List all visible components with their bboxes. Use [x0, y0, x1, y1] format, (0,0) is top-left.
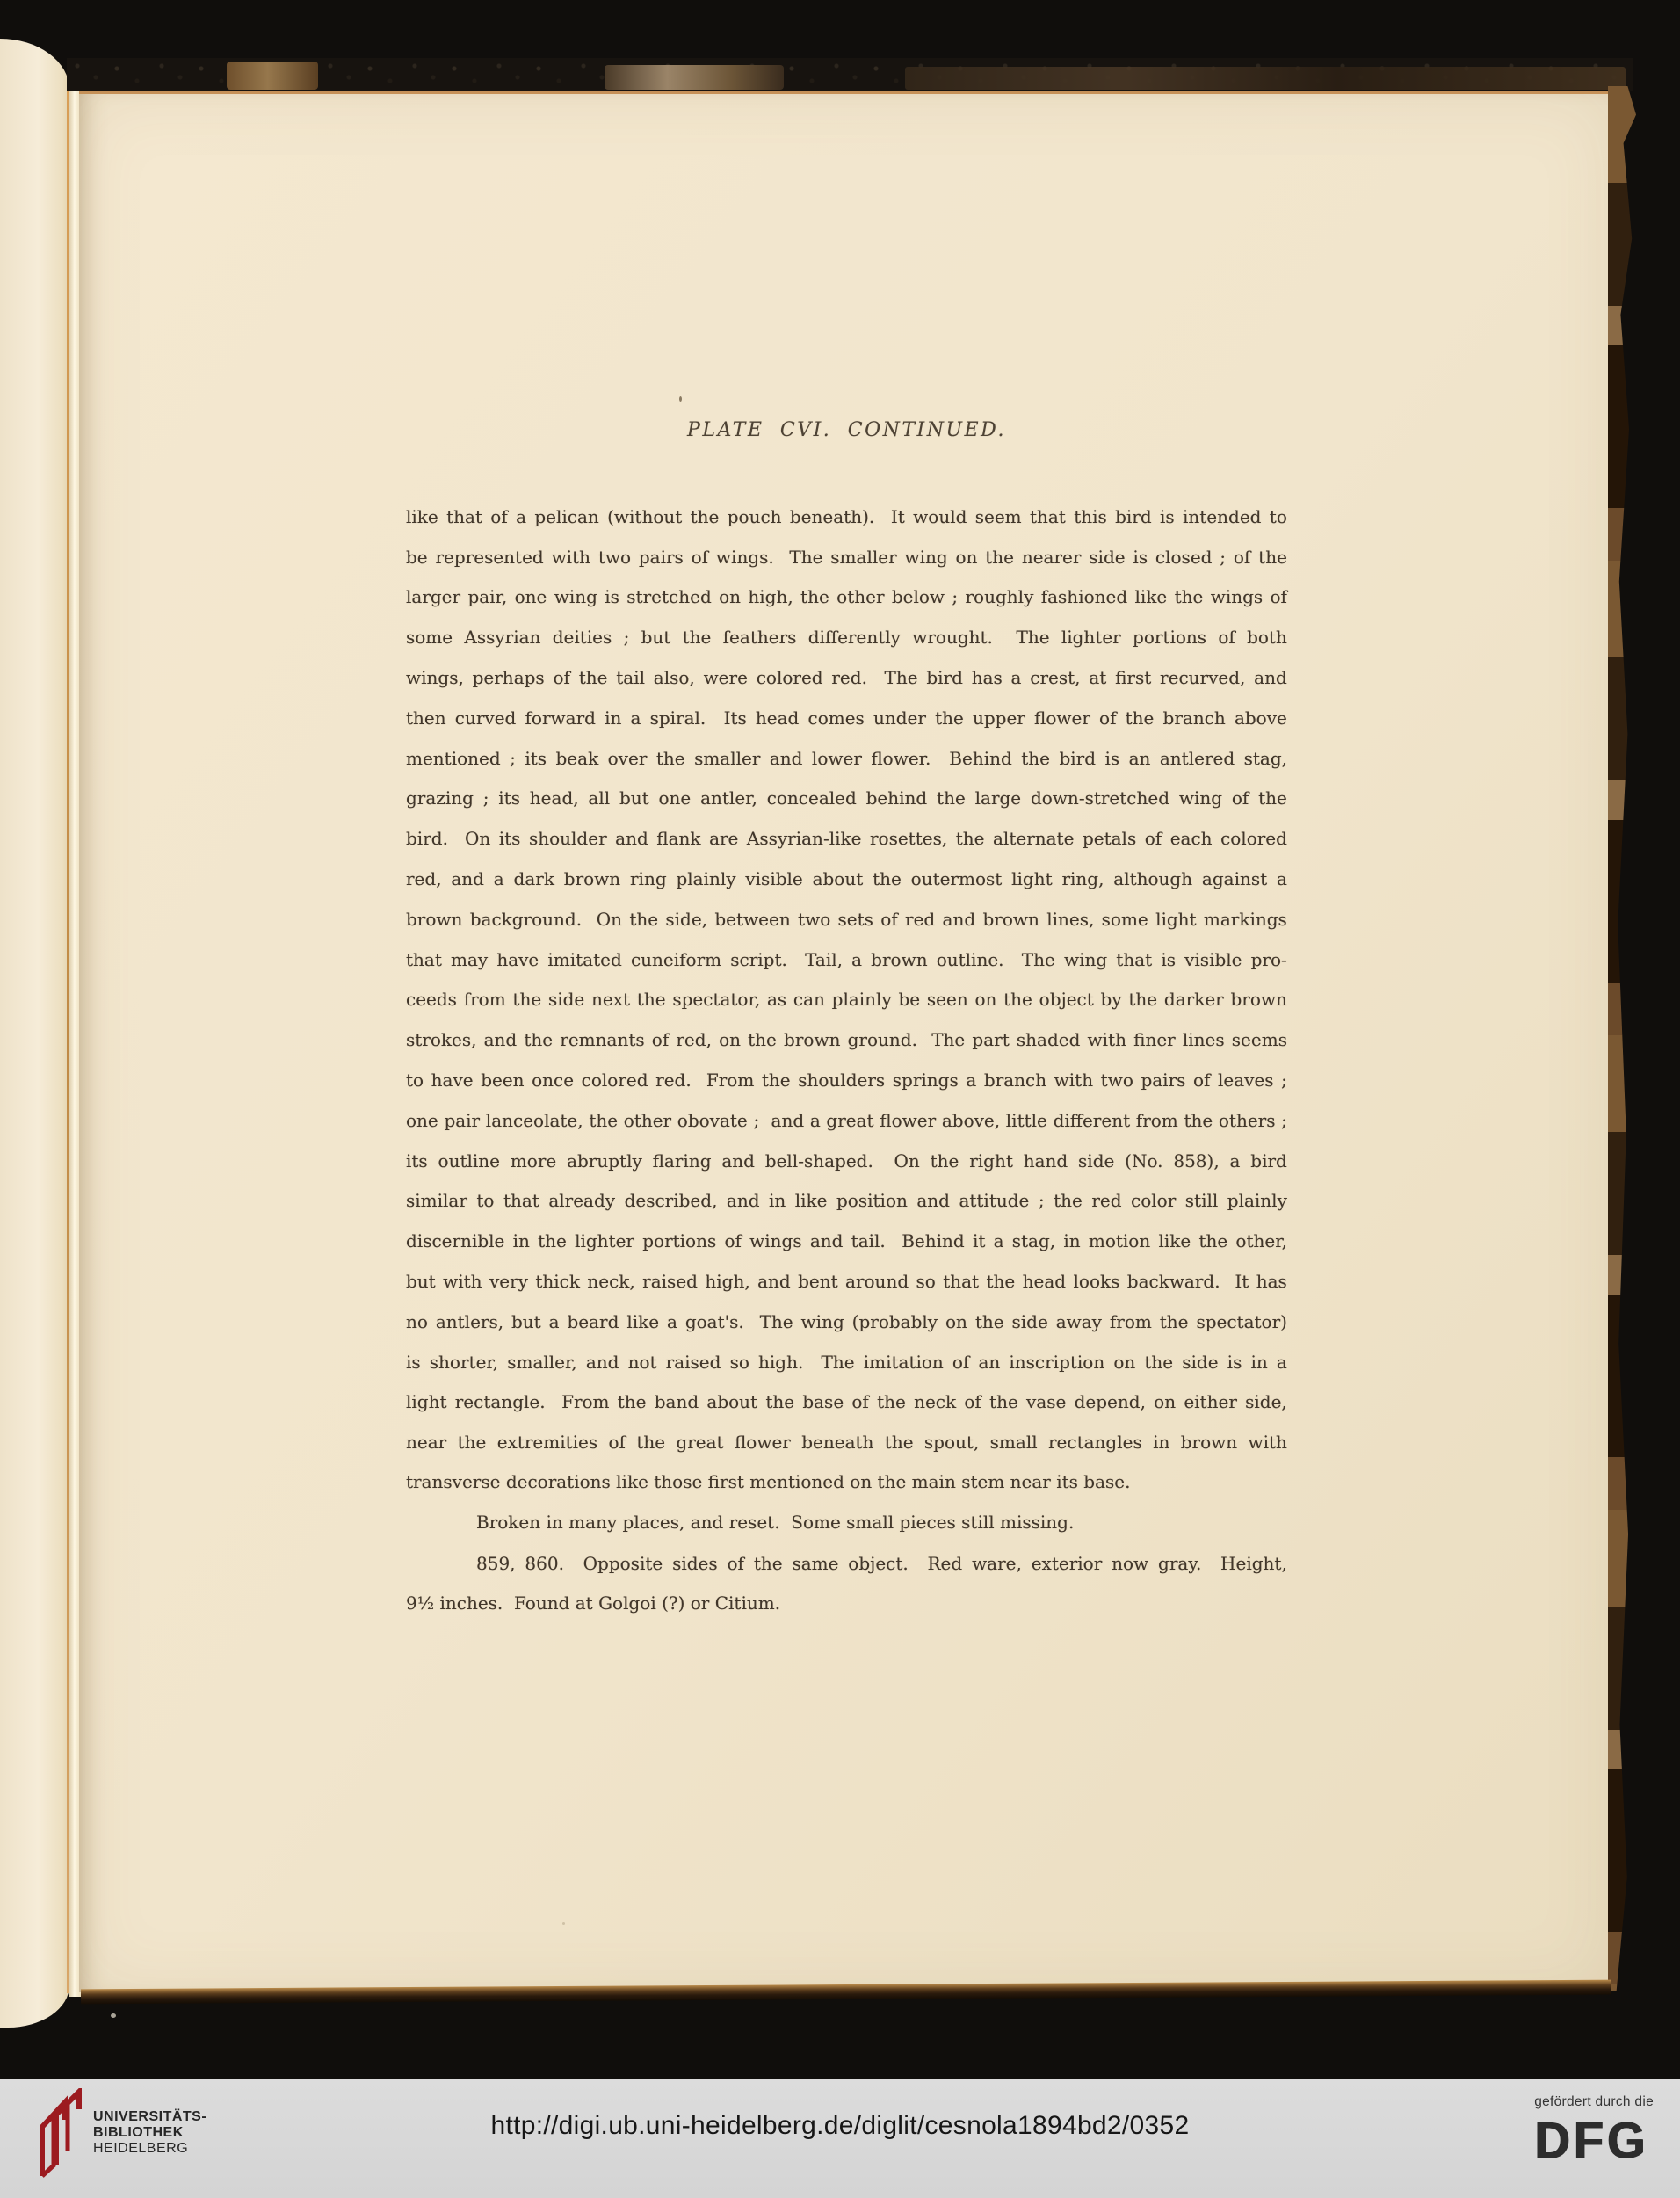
- text-line: discernibleinthelighterportionsofwingsan…: [406, 1221, 1287, 1261]
- torn-page-edge-right: [1608, 86, 1636, 1991]
- text-line: thencurvedforwardinaspiral.Itsheadcomesu…: [406, 698, 1287, 738]
- text-line: someAssyriandeities;butthefeathersdiffer…: [406, 617, 1287, 657]
- text-line: likethatofapelican(withoutthepouchbeneat…: [406, 497, 1287, 537]
- text-block: likethatofapelican(withoutthepouchbeneat…: [406, 497, 1287, 1623]
- dfg-funding-block: gefördert durch die DFG: [1534, 2094, 1654, 2164]
- library-name-line2: BIBLIOTHEK: [93, 2125, 206, 2141]
- ub-heidelberg-logo-icon: [30, 2088, 91, 2183]
- text-line: brownbackground.Ontheside,betweentwosets…: [406, 899, 1287, 939]
- page-surface: PLATE CVI. CONTINUED. likethatofapelican…: [79, 91, 1610, 1992]
- text-line: thatmayhaveimitatedcuneiformscript.Tail,…: [406, 939, 1287, 980]
- text-line: bird.OnitsshoulderandflankareAssyrian-li…: [406, 818, 1287, 859]
- text-line: grazing;itshead,allbutoneantler,conceale…: [406, 779, 1287, 819]
- text-line: noantlers,butabeardlikeagoat's.Thewing(p…: [406, 1302, 1287, 1342]
- library-name: UNIVERSITÄTS- BIBLIOTHEK HEIDELBERG: [93, 2109, 206, 2157]
- text-line: red,andadarkbrownringplainlyvisibleabout…: [406, 859, 1287, 899]
- text-line: itsoutlinemoreabruptlyflaringandbell-sha…: [406, 1141, 1287, 1181]
- text-line: transverse decorations like those first …: [406, 1462, 1287, 1503]
- digitization-footer: UNIVERSITÄTS- BIBLIOTHEK HEIDELBERG http…: [0, 2079, 1680, 2198]
- library-name-line1: UNIVERSITÄTS-: [93, 2109, 206, 2125]
- text-line: Broken in many places, and reset. Some s…: [406, 1503, 1287, 1543]
- gutter-crease: [67, 88, 69, 1993]
- binding-wear-patch: [605, 65, 784, 90]
- text-line: butwithverythickneck,raisedhigh,andbenta…: [406, 1261, 1287, 1302]
- text-line: onepairlanceolate,theotherobovate;andagr…: [406, 1100, 1287, 1141]
- text-line: largerpair,onewingisstretchedonhigh,theo…: [406, 577, 1287, 618]
- text-line: strokes,andtheremnantsofred,onthebrowngr…: [406, 1019, 1287, 1060]
- dust-speck: [111, 2013, 116, 2018]
- text-line: berepresentedwithtwopairsofwings.Thesmal…: [406, 537, 1287, 577]
- text-line: wings,perhapsofthetailalso,werecoloredre…: [406, 657, 1287, 698]
- text-line: 9½ inches. Found at Golgoi (?) or Citium…: [406, 1584, 1287, 1624]
- text-line: lightrectangle.Fromthebandaboutthebaseof…: [406, 1382, 1287, 1423]
- dust-speck: [679, 396, 682, 402]
- text-line: neartheextremitiesofthegreatflowerbeneat…: [406, 1422, 1287, 1462]
- library-name-line3: HEIDELBERG: [93, 2141, 206, 2157]
- scanned-book-page: PLATE CVI. CONTINUED. likethatofapelican…: [0, 0, 1680, 2198]
- plate-caption: PLATE CVI. CONTINUED.: [406, 419, 1287, 441]
- text-line: ceedsfromthesidenextthespectator,ascanpl…: [406, 980, 1287, 1020]
- text-line: mentioned;itsbeakoverthesmallerandlowerf…: [406, 738, 1287, 779]
- text-line: isshorter,smaller,andnotraisedsohigh.The…: [406, 1342, 1287, 1382]
- dfg-logo: DFG: [1534, 2115, 1654, 2166]
- binding-wear-patch: [227, 62, 318, 90]
- binding-wear-patch: [905, 67, 1626, 90]
- dust-speck: [562, 1922, 565, 1925]
- text-line: similartothatalreadydescribed,andinlikep…: [406, 1181, 1287, 1222]
- dfg-caption: gefördert durch die: [1534, 2094, 1654, 2110]
- text-line: tohavebeenoncecoloredred.Fromtheshoulder…: [406, 1060, 1287, 1100]
- document-url-link[interactable]: http://digi.ub.uni-heidelberg.de/diglit/…: [401, 2111, 1279, 2141]
- facing-page-edge: [0, 39, 69, 2028]
- text-line: 859,860.Oppositesidesofthesameobject.Red…: [406, 1543, 1287, 1584]
